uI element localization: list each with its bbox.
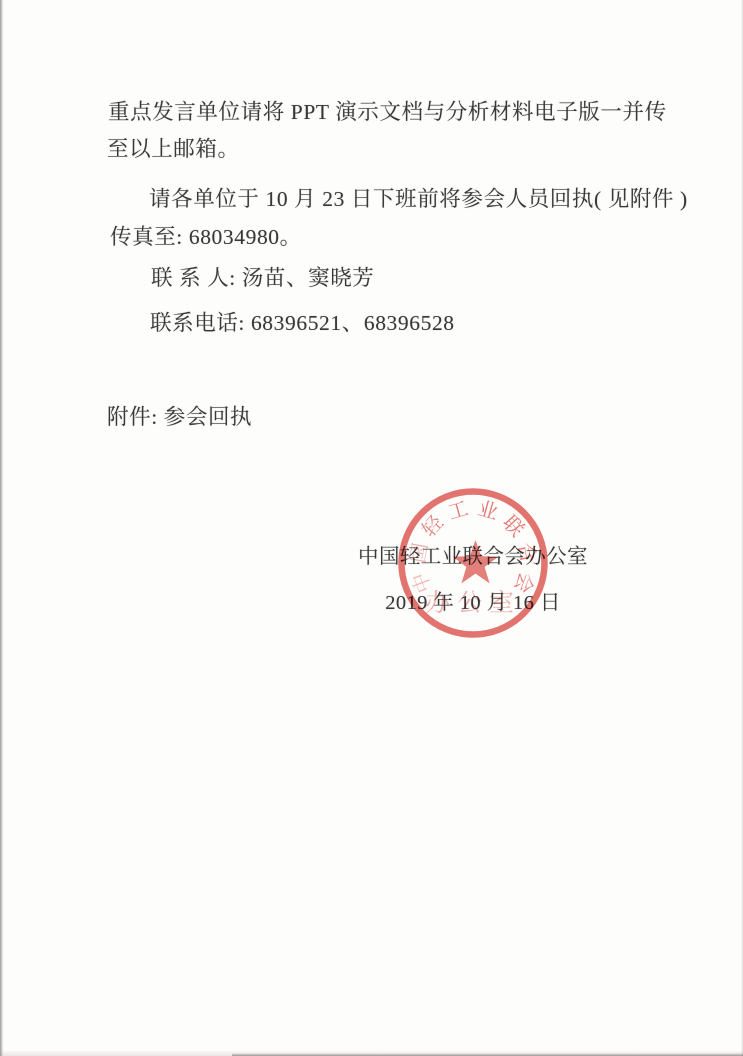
seal-arc-char: 业 — [475, 497, 501, 525]
scan-edge-left — [0, 0, 4, 1056]
contact-phone-line: 联系电话: 68396521、68396528 — [150, 311, 455, 336]
body-line-2: 至以上邮箱。 — [107, 137, 240, 162]
contact-person-line: 联 系 人: 汤苗、窦晓芳 — [151, 266, 374, 291]
seal-arc-char: 工 — [446, 498, 471, 525]
official-seal: 中国轻工业联合会 办公室 — [393, 483, 553, 643]
seal-arc-char: 国 — [406, 541, 432, 565]
seal-arc-char: 合 — [513, 541, 539, 565]
seal-star-icon — [453, 540, 499, 583]
body-line-4: 传真至: 68034980。 — [110, 225, 302, 250]
seal-bottom-text: 办公室 — [425, 589, 521, 617]
official-seal-svg: 中国轻工业联合会 办公室 — [393, 483, 553, 643]
body-line-1: 重点发言单位请将 PPT 演示文档与分析材料电子版一并传 — [108, 100, 667, 125]
body-line-3: 请各单位于 10 月 23 日下班前将参会人员回执( 见附件 ) — [149, 187, 688, 212]
attachment-line: 附件: 参会回执 — [107, 405, 252, 430]
document-page: 重点发言单位请将 PPT 演示文档与分析材料电子版一并传 至以上邮箱。 请各单位… — [0, 0, 743, 1056]
